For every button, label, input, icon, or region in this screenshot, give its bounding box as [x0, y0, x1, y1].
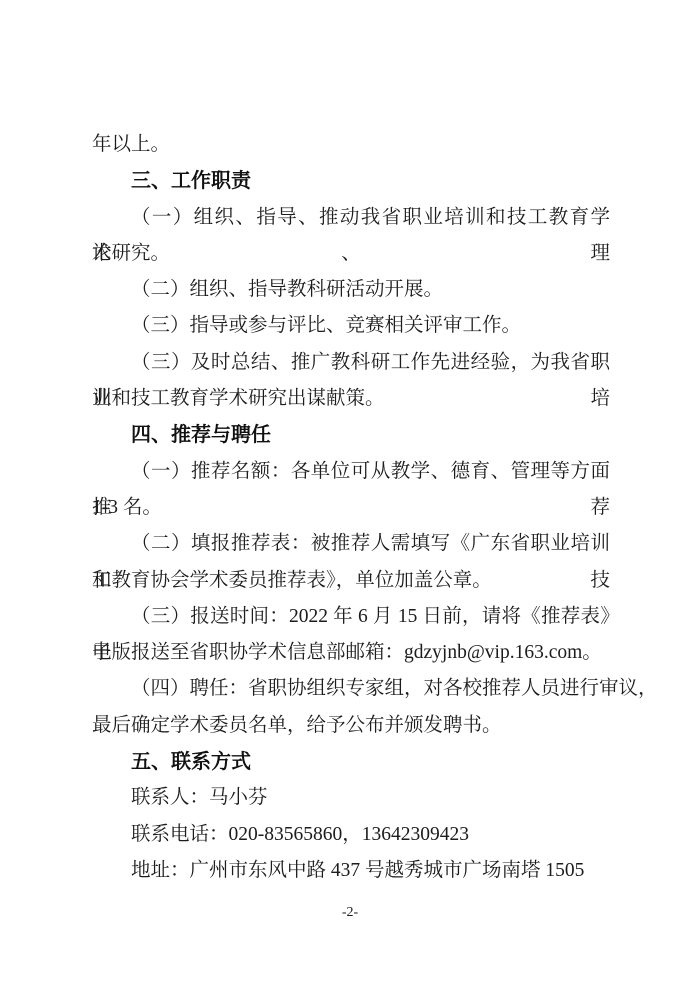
contact-address-line: 地址：广州市东风中路 437 号越秀城市广场南塔 1505	[92, 853, 610, 889]
heading-contact-info: 五、联系方式	[92, 744, 610, 780]
paragraph-line-email: 子版报送至省职协学术信息部邮箱：gdzyjnb@vip.163.com。	[92, 635, 610, 671]
paragraph-line: （三）报送时间：2022 年 6 月 15 日前，请将《推荐表》电	[92, 599, 610, 635]
paragraph-line: （一）推荐名额：各单位可从教学、德育、管理等方面推荐	[92, 454, 610, 490]
contact-person-line: 联系人：马小芬	[92, 780, 610, 816]
heading-recommendation-appointment: 四、推荐与聘任	[92, 417, 610, 453]
page-number: -2-	[0, 905, 700, 921]
page-content: 年以上。 三、工作职责 （一）组织、指导、推动我省职业培训和技工教育学术、理 论…	[92, 127, 610, 889]
paragraph-line: （四）聘任：省职协组织专家组，对各校推荐人员进行审议，	[92, 671, 610, 707]
paragraph-line: （一）组织、指导、推动我省职业培训和技工教育学术、理	[92, 200, 610, 236]
document-page: 年以上。 三、工作职责 （一）组织、指导、推动我省职业培训和技工教育学术、理 论…	[0, 0, 700, 990]
paragraph-line: （三）指导或参与评比、竞赛相关评审工作。	[92, 308, 610, 344]
contact-phone-line: 联系电话：020-83565860，13642309423	[92, 817, 610, 853]
paragraph-line: （二）填报推荐表：被推荐人需填写《广东省职业培训和技	[92, 526, 610, 562]
paragraph-line: （三）及时总结、推广教科研工作先进经验，为我省职业培	[92, 345, 610, 381]
paragraph-line: 最后确定学术委员名单，给予公布并颁发聘书。	[92, 708, 610, 744]
paragraph-line: （二）组织、指导教科研活动开展。	[92, 272, 610, 308]
paragraph-continuation-line: 年以上。	[92, 127, 610, 163]
heading-work-duties: 三、工作职责	[92, 163, 610, 199]
